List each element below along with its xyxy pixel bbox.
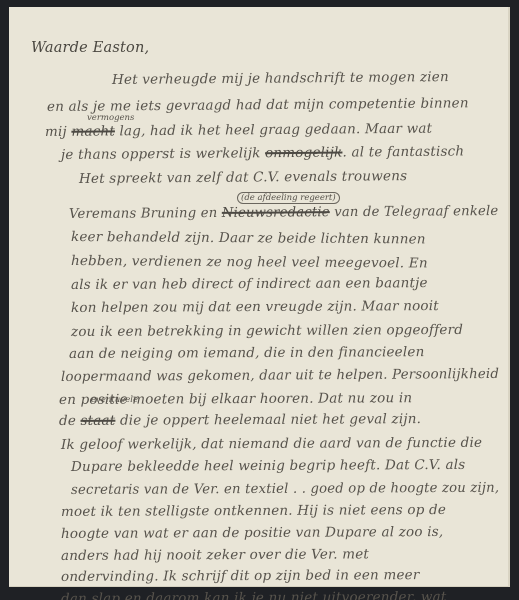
letter-line-11: zou ik een betrekking in gewicht willen …	[71, 322, 463, 340]
letter-page: Waarde Easton, Het verheugde mij je hand…	[9, 7, 510, 587]
letter-line-4: je thans opperst is werkelijk onmogelijk…	[61, 143, 464, 163]
line-15-text: die je oppert heelemaal niet het geval z…	[120, 411, 421, 429]
line-4-tail: . al te fantastisch	[342, 143, 464, 160]
letter-line-5: Het spreekt van zelf dat C.V. evenals tr…	[79, 168, 407, 187]
line-3-prefix: mij	[45, 124, 72, 140]
line-4-text: je thans opperst is werkelijk	[61, 145, 261, 163]
letter-line-16: Ik geloof werkelijk, dat niemand die aar…	[61, 435, 482, 453]
struck-word: onmogelijk	[265, 145, 343, 162]
letter-line-23: dan slap en daarom kan ik je nu niet uit…	[61, 589, 447, 600]
struck-word: staat	[80, 413, 115, 429]
letter-line-20: hoogte van wat er aan de positie van Dup…	[61, 524, 443, 542]
line-3-text: lag, had ik het heel graag gedaan. Maar …	[119, 121, 432, 140]
letter-line-9: als ik er van heb direct of indirect aan…	[71, 275, 428, 293]
letter-line-10: kon helpen zou mij dat een vreugde zijn.…	[71, 298, 439, 316]
struck-word: Nieuwsredactie	[222, 204, 330, 221]
line-6-text: Veremans Bruning en	[69, 205, 218, 222]
letter-line-15: de staat die je oppert heelemaal niet he…	[59, 411, 421, 429]
letter-line-6: Veremans Bruning en Nieuwsredactie van d…	[69, 203, 499, 222]
salutation: Waarde Easton,	[31, 40, 149, 56]
letter-line-7: keer behandeld zijn. Daar ze beide licht…	[71, 229, 426, 247]
line-15-prefix: de	[59, 413, 76, 429]
letter-line-19: moet ik ten stelligste ontkennen. Hij is…	[61, 502, 446, 520]
insertion-above-line-3: vermogens	[87, 113, 134, 123]
letter-line-8: hebben, verdienen ze nog heel veel meege…	[71, 253, 428, 271]
letter-line-13: loopermaand was gekomen, daar uit te hel…	[61, 366, 499, 385]
letter-line-12: aan de neiging om iemand, die in den fin…	[69, 344, 425, 362]
circled-insertion: (de afdeeling regeert)	[237, 192, 340, 204]
line-6-tail: van de Telegraaf enkele	[334, 203, 498, 220]
letter-line-3: mij macht lag, had ik het heel graag ged…	[45, 121, 432, 140]
letter-line-22: ondervinding. Ik schrijf dit op zijn bed…	[61, 567, 420, 585]
struck-word: macht	[71, 123, 115, 139]
letter-line-21: anders had hij nooit zeker over die Ver.…	[61, 546, 369, 564]
letter-line-1: Het verheugde mij je handschrift te moge…	[112, 69, 449, 88]
insertion-above-line-16: eventueele	[91, 395, 138, 405]
letter-line-18: secretaris van de Ver. en textiel . . go…	[71, 480, 499, 498]
letter-line-17: Dupare bekleedde heel weinig begrip heef…	[71, 457, 465, 475]
